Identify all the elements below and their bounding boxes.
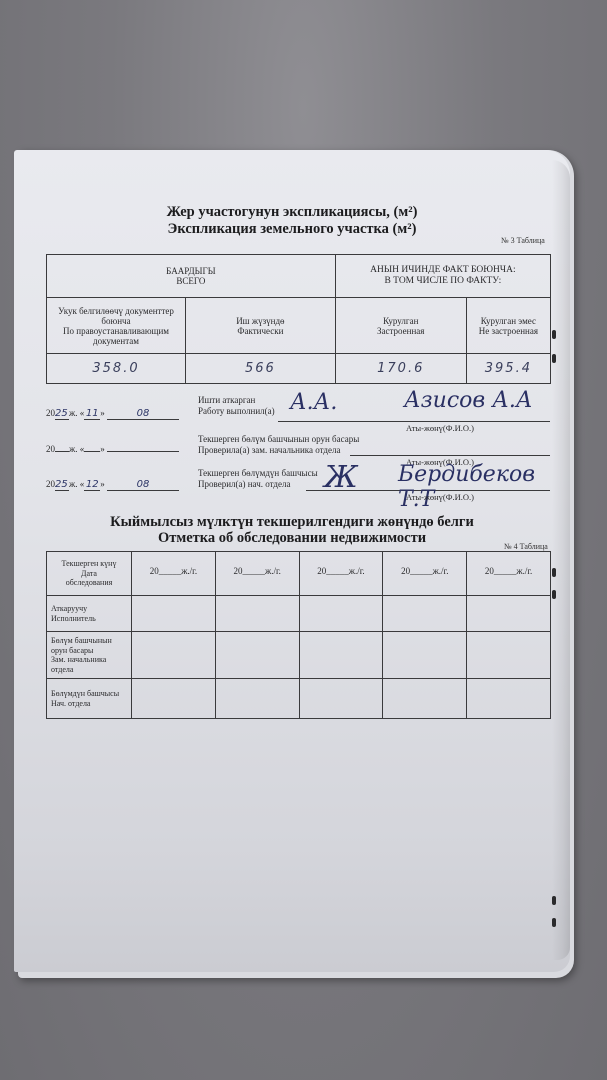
fio-label-1: Аты-жөнү(Ф.И.О.): [406, 423, 474, 433]
day-value: 12: [84, 479, 100, 491]
signature-3: Ж: [324, 460, 358, 495]
label-line: Аткаруучу: [51, 604, 87, 613]
date-cell-1[interactable]: 20_____ж./г.: [132, 552, 216, 596]
month-value: [107, 451, 179, 452]
signer-name-1: Азисов А.А: [404, 388, 533, 413]
empty-cell[interactable]: [215, 679, 299, 719]
header-total-ru: ВСЕГО: [176, 276, 205, 286]
label-line: Исполнитель: [51, 614, 96, 623]
role-ky: Текшерген бөлүмдүн башчысы: [198, 468, 318, 478]
signoff-date-3: 2025ж. «12» 08: [46, 479, 179, 491]
separator: »: [100, 408, 105, 418]
signoff-role-3: Текшерген бөлүмдүн башчысы Проверил(а) н…: [198, 468, 318, 490]
row-label-head: Бөлүмдүн башчысы Нач. отдела: [47, 679, 132, 719]
value-built: 170.6: [335, 354, 466, 384]
separator: ж. «: [69, 408, 84, 418]
col-header-legal: Укук белгилөөчү документтер боюнча По пр…: [47, 298, 186, 354]
col-header-ru: Застроенная: [377, 326, 424, 336]
date-cell-4[interactable]: 20_____ж./г.: [383, 552, 467, 596]
inspection-table: Текшерген күнү Дата обследования 20_____…: [46, 551, 551, 719]
header-total: БААРДЫГЫ ВСЕГО: [47, 255, 336, 298]
empty-cell[interactable]: [132, 596, 216, 632]
signature-1: А.А.: [290, 390, 337, 415]
year-value: 25: [55, 408, 69, 420]
row-label-deputy: Бөлүм башчынын орун басары Зам. начальни…: [47, 632, 132, 679]
empty-cell[interactable]: [299, 632, 383, 679]
col-header-ky: Иш жүзүндө: [236, 316, 284, 326]
empty-cell[interactable]: [383, 679, 467, 719]
row-label-date: Текшерген күнү Дата обследования: [47, 552, 132, 596]
date-cell-2[interactable]: 20_____ж./г.: [215, 552, 299, 596]
punch-hole-icon: [552, 590, 556, 599]
empty-cell[interactable]: [132, 632, 216, 679]
empty-cell[interactable]: [383, 596, 467, 632]
col-header-built: Курулган Застроенная: [335, 298, 466, 354]
col-header-ru: Не застроенная: [479, 326, 538, 336]
table3-label: № 3 Таблица: [501, 236, 545, 245]
empty-cell[interactable]: [467, 632, 551, 679]
table4-title-ky: Кыймылсыз мүлктүн текшерилгендиги жөнүнд…: [14, 514, 570, 531]
punch-hole-icon: [552, 568, 556, 577]
table3-title-ky: Жер участогунун экспликациясы, (м²): [14, 204, 570, 221]
value-legal: 358.0: [47, 354, 186, 384]
header-fact-ky: АНЫН ИЧИНДЕ ФАКТ БОЮНЧА:: [370, 265, 516, 275]
col-header-ky: Курулган эмес: [481, 316, 536, 326]
value-unbuilt: 395.4: [466, 354, 550, 384]
signoff-date-2: 20ж. «»: [46, 444, 179, 455]
empty-cell[interactable]: [132, 679, 216, 719]
label-line: Нач. отдела: [51, 699, 90, 708]
col-header-actual: Иш жүзүндө Фактически: [186, 298, 336, 354]
day-value: 11: [84, 408, 100, 420]
value-actual: 566: [186, 354, 336, 384]
row-label-executor: Аткаруучу Исполнитель: [47, 596, 132, 632]
table4-label: № 4 Таблица: [504, 542, 548, 551]
empty-cell[interactable]: [467, 596, 551, 632]
signature-line: [350, 455, 550, 456]
label-line: отдела: [51, 665, 73, 674]
year-value: [55, 451, 69, 452]
signature-line: [278, 421, 550, 422]
year-prefix: 20: [46, 408, 55, 418]
table4-title-ru: Отметка об обследовании недвижимости: [14, 530, 570, 547]
signoff-role-2: Текшерген бөлүм башчынын орун басары Про…: [198, 434, 359, 456]
punch-hole-icon: [552, 354, 556, 363]
signoff-role-1: Ишти аткарган Работу выполнил(а): [198, 395, 275, 417]
day-value: [84, 451, 100, 452]
separator: ж. «: [69, 444, 84, 454]
label-line: Зам. начальника: [51, 655, 106, 664]
role-ru: Работу выполнил(а): [198, 406, 275, 416]
col-header-ru: Фактически: [237, 326, 283, 336]
separator: »: [100, 444, 105, 454]
date-cell-5[interactable]: 20_____ж./г.: [467, 552, 551, 596]
empty-cell[interactable]: [383, 632, 467, 679]
signoff-date-1: 2025ж. «11» 08: [46, 408, 179, 420]
separator: »: [100, 479, 105, 489]
month-value: 08: [107, 479, 179, 491]
label-line: обследования: [66, 578, 113, 587]
empty-cell[interactable]: [299, 596, 383, 632]
header-total-ky: БААРДЫГЫ: [166, 266, 215, 276]
separator: ж. «: [69, 479, 84, 489]
role-ru: Проверила(а) зам. начальника отдела: [198, 445, 341, 455]
col-header-ky: Курулган: [383, 316, 418, 326]
col-header-ky: Укук белгилөөчү документтер боюнча: [58, 306, 174, 326]
fio-label-3: Аты-жөнү(Ф.И.О.): [406, 492, 474, 502]
month-value: 08: [107, 408, 179, 420]
punch-hole-icon: [552, 918, 556, 927]
col-header-ru: По правоустанавливающим документам: [63, 326, 169, 346]
year-value: 25: [55, 479, 69, 491]
table3-title-ru: Экспликация земельного участка (м²): [14, 221, 570, 238]
header-fact: АНЫН ИЧИНДЕ ФАКТ БОЮНЧА: В ТОМ ЧИСЛЕ ПО …: [335, 255, 550, 298]
punch-hole-icon: [552, 330, 556, 339]
empty-cell[interactable]: [467, 679, 551, 719]
page-curl-shadow: [552, 160, 570, 960]
label-line: Бөлүмдүн башчысы: [51, 689, 119, 698]
empty-cell[interactable]: [215, 596, 299, 632]
empty-cell[interactable]: [215, 632, 299, 679]
header-fact-ru: В ТОМ ЧИСЛЕ ПО ФАКТУ:: [384, 276, 501, 286]
explication-table: БААРДЫГЫ ВСЕГО АНЫН ИЧИНДЕ ФАКТ БОЮНЧА: …: [46, 254, 551, 384]
document-page: Жер участогунун экспликациясы, (м²) Эксп…: [14, 150, 570, 972]
label-line: Бөлүм башчынын: [51, 636, 112, 645]
signer-name-3: Бердибеков Т.Т: [398, 462, 570, 512]
label-line: Текшерген күнү: [62, 559, 117, 568]
punch-hole-icon: [552, 896, 556, 905]
label-line: Дата: [81, 569, 97, 578]
date-cell-3[interactable]: 20_____ж./г.: [299, 552, 383, 596]
year-prefix: 20: [46, 479, 55, 489]
role-ky: Ишти аткарган: [198, 395, 255, 405]
role-ky: Текшерген бөлүм башчынын орун басары: [198, 434, 359, 444]
label-line: орун басары: [51, 646, 93, 655]
empty-cell[interactable]: [299, 679, 383, 719]
year-prefix: 20: [46, 444, 55, 454]
col-header-unbuilt: Курулган эмес Не застроенная: [466, 298, 550, 354]
role-ru: Проверил(а) нач. отдела: [198, 479, 290, 489]
